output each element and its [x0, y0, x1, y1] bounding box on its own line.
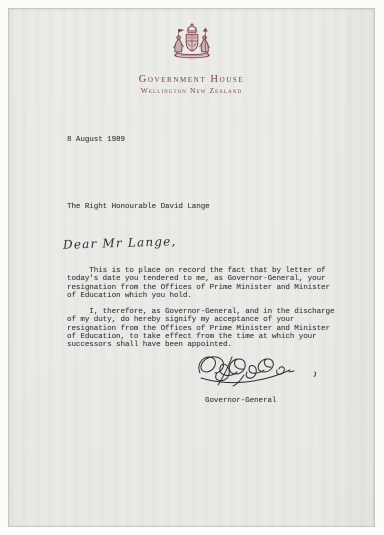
signature-scrawl	[192, 345, 328, 389]
letter-paragraph-1: This is to place on record the fact that…	[67, 267, 330, 300]
signoff-title: Governor-General	[205, 397, 276, 405]
letter-paragraph-2: I, therefore, as Governor-General, and i…	[67, 308, 334, 349]
letterhead: Government House Wellington New Zealand	[9, 21, 374, 95]
letter-recipient: The Right Honourable David Lange	[67, 203, 210, 211]
letter-date: 8 August 1989	[67, 136, 125, 144]
nz-coat-of-arms-icon	[167, 21, 217, 71]
handwritten-salutation: Dear Mr Lange,	[63, 234, 177, 252]
org-name: Government House	[9, 74, 374, 85]
letter-paper: Government House Wellington New Zealand …	[8, 8, 375, 527]
org-location: Wellington New Zealand	[9, 86, 374, 95]
photo-frame: Government House Wellington New Zealand …	[0, 0, 384, 535]
